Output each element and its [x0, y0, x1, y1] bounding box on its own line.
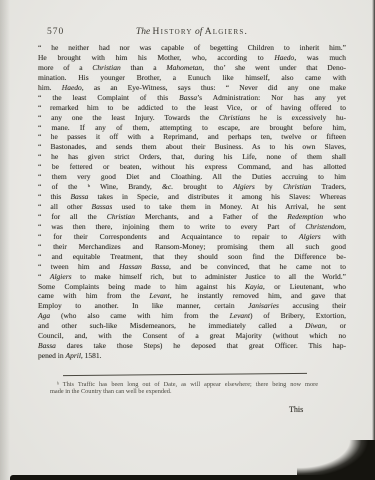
text-line: more of a Christian than a Mahometan, th…: [38, 63, 346, 73]
text-line: “ for all the Christian Merchants, and a…: [38, 212, 346, 222]
text-line: “ he passes it off with a Reprimand, and…: [38, 132, 346, 142]
page-corner-curl: [297, 440, 375, 480]
footnote: ᵇ This Traffic has been long out of Date…: [50, 381, 318, 395]
title-part: The: [136, 27, 153, 37]
footnote-line: made in the Country than can well be exp…: [50, 388, 318, 395]
text-line: him. Haedo, as an Eye-Witness, says thus…: [38, 83, 346, 93]
text-line: “ all other Bassas used to take them in …: [38, 202, 346, 212]
text-line: Aga (who also came with him from the Lev…: [38, 311, 346, 321]
text-line: “ and equitable Treatment, that they sho…: [38, 252, 346, 262]
text-line: pened in April, 1581.: [38, 351, 346, 361]
body-text: “ he neither had nor was capable of bege…: [38, 43, 346, 361]
running-header: 570 The History of Algiers.: [38, 27, 346, 40]
text-line: came with him from the Levant, he instan…: [38, 291, 346, 301]
catchword: This: [289, 405, 303, 414]
text-line: “ any one the least Injury. Towards the …: [38, 113, 346, 123]
text-line: “ of the ᵇ Wine, Brandy, &c. brought to …: [38, 182, 346, 192]
text-line: Bassa dares take those Steps) he deposed…: [38, 341, 346, 351]
title-part: of: [193, 27, 205, 37]
text-line: “ he neither had nor was capable of bege…: [38, 43, 346, 53]
text-line: “ be fettered or beaten, without his exp…: [38, 162, 346, 172]
book-page-scan: 570 The History of Algiers. “ he neither…: [0, 0, 375, 480]
text-line: “ Algiers to make himself rich, but to a…: [38, 272, 346, 282]
text-line: “ Bastonades, and sends them about their…: [38, 142, 346, 152]
text-line: “ tween him and Hassan Bassa, and be con…: [38, 262, 346, 272]
text-line: “ mane. If any of them, attempting to es…: [38, 123, 346, 133]
title-part: History: [153, 27, 193, 37]
footnote-rule: [63, 373, 307, 377]
text-line: mination. His younger Brother, a Eunuch …: [38, 73, 346, 83]
text-line: “ for their Correspondents and Acquainta…: [38, 232, 346, 242]
text-line: He brought with him his Mother, who, acc…: [38, 53, 346, 63]
text-line: Employ to another. In like manner, certa…: [38, 301, 346, 311]
text-line: Council, and, with the Consent of a grea…: [38, 331, 346, 341]
text-line: Some Complaints being made to him agains…: [38, 282, 346, 292]
text-line: “ this Bassa takes in Specie, and distri…: [38, 192, 346, 202]
running-title: The History of Algiers.: [38, 27, 346, 37]
text-line: “ was then there, injoining them to writ…: [38, 222, 346, 232]
text-line: and other such-like Misdemeanors, he imm…: [38, 321, 346, 331]
text-line: “ remarked him to be addicted to the lea…: [38, 103, 346, 113]
text-line: “ their Merchandizes and Ransom-Money; p…: [38, 242, 346, 252]
text-line: “ the least Complaint of this Bassa’s Ad…: [38, 93, 346, 103]
footnote-line: ᵇ This Traffic has been long out of Date…: [50, 381, 318, 388]
page-left-edge-shadow: [0, 0, 10, 480]
title-part: Algiers.: [205, 27, 248, 37]
text-line: “ he has given strict Orders, that, duri…: [38, 152, 346, 162]
text-line: “ them very good Diet and Cloathing. All…: [38, 172, 346, 182]
